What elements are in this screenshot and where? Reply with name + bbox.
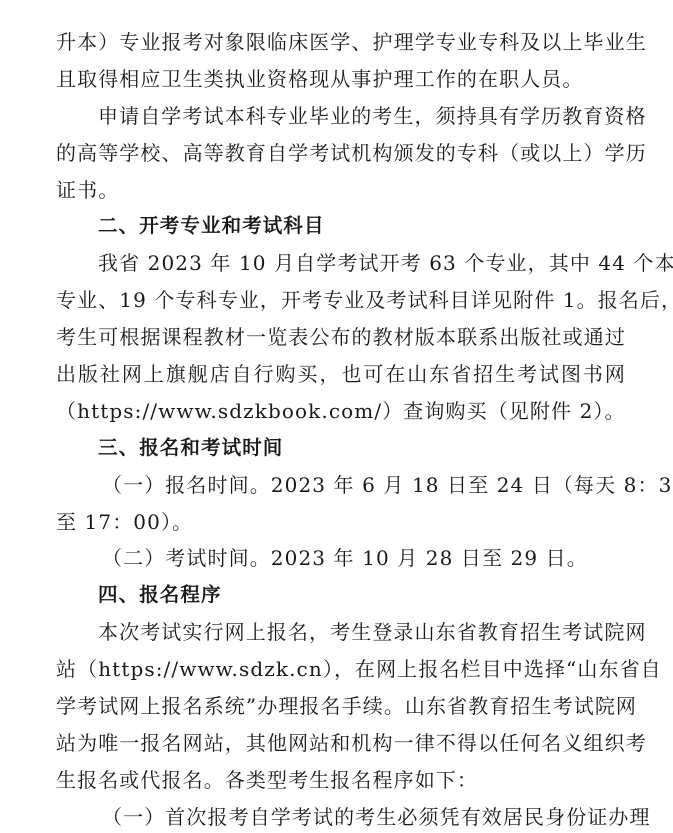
paragraph-line: 至 17：00）。 <box>56 504 626 541</box>
paragraph-line: 本次考试实行网上报名，考生登录山东省教育招生考试院网 <box>56 614 626 651</box>
paragraph-line: （一）报名时间。2023 年 6 月 18 日至 24 日（每天 8：30 <box>56 467 626 504</box>
paragraph-line: 站（https://www.sdzk.cn），在网上报名栏目中选择“山东省自 <box>56 651 626 688</box>
paragraph-line: 生报名或代报名。各类型考生报名程序如下： <box>56 762 626 799</box>
paragraph-line-link: （https://www.sdzkbook.com/）查询购买（见附件 2）。 <box>56 393 626 430</box>
paragraph-line: （一）首次报考自学考试的考生必须凭有效居民身份证办理 <box>56 799 626 833</box>
document-page: 升本）专业报考对象限临床医学、护理学专业专科及以上毕业生 且取得相应卫生类执业资… <box>56 24 626 833</box>
paragraph-line: 证书。 <box>56 172 626 209</box>
section-heading: 四、报名程序 <box>56 577 626 614</box>
paragraph-line: 专业、19 个专科专业，开考专业及考试科目详见附件 1。报名后， <box>56 282 626 319</box>
paragraph-line: 且取得相应卫生类执业资格现从事护理工作的在职人员。 <box>56 61 626 98</box>
paragraph-line: 学考试网上报名系统”办理报名手续。山东省教育招生考试院网 <box>56 688 626 725</box>
paragraph-line: 申请自学考试本科专业毕业的考生，须持具有学历教育资格 <box>56 98 626 135</box>
section-heading: 三、报名和考试时间 <box>56 430 626 467</box>
paragraph-line: 升本）专业报考对象限临床医学、护理学专业专科及以上毕业生 <box>56 24 626 61</box>
paragraph-line: （二）考试时间。2023 年 10 月 28 日至 29 日。 <box>56 540 626 577</box>
paragraph-line: 我省 2023 年 10 月自学考试开考 63 个专业，其中 44 个本科 <box>56 245 626 282</box>
paragraph-line: 考生可根据课程教材一览表公布的教材版本联系出版社或通过 <box>56 319 626 356</box>
paragraph-line: 的高等学校、高等教育自学考试机构颁发的专科（或以上）学历 <box>56 135 626 172</box>
paragraph-line: 出版社网上旗舰店自行购买，也可在山东省招生考试图书网 <box>56 356 626 393</box>
section-heading: 二、开考专业和考试科目 <box>56 208 626 245</box>
paragraph-line: 站为唯一报名网站，其他网站和机构一律不得以任何名义组织考 <box>56 725 626 762</box>
